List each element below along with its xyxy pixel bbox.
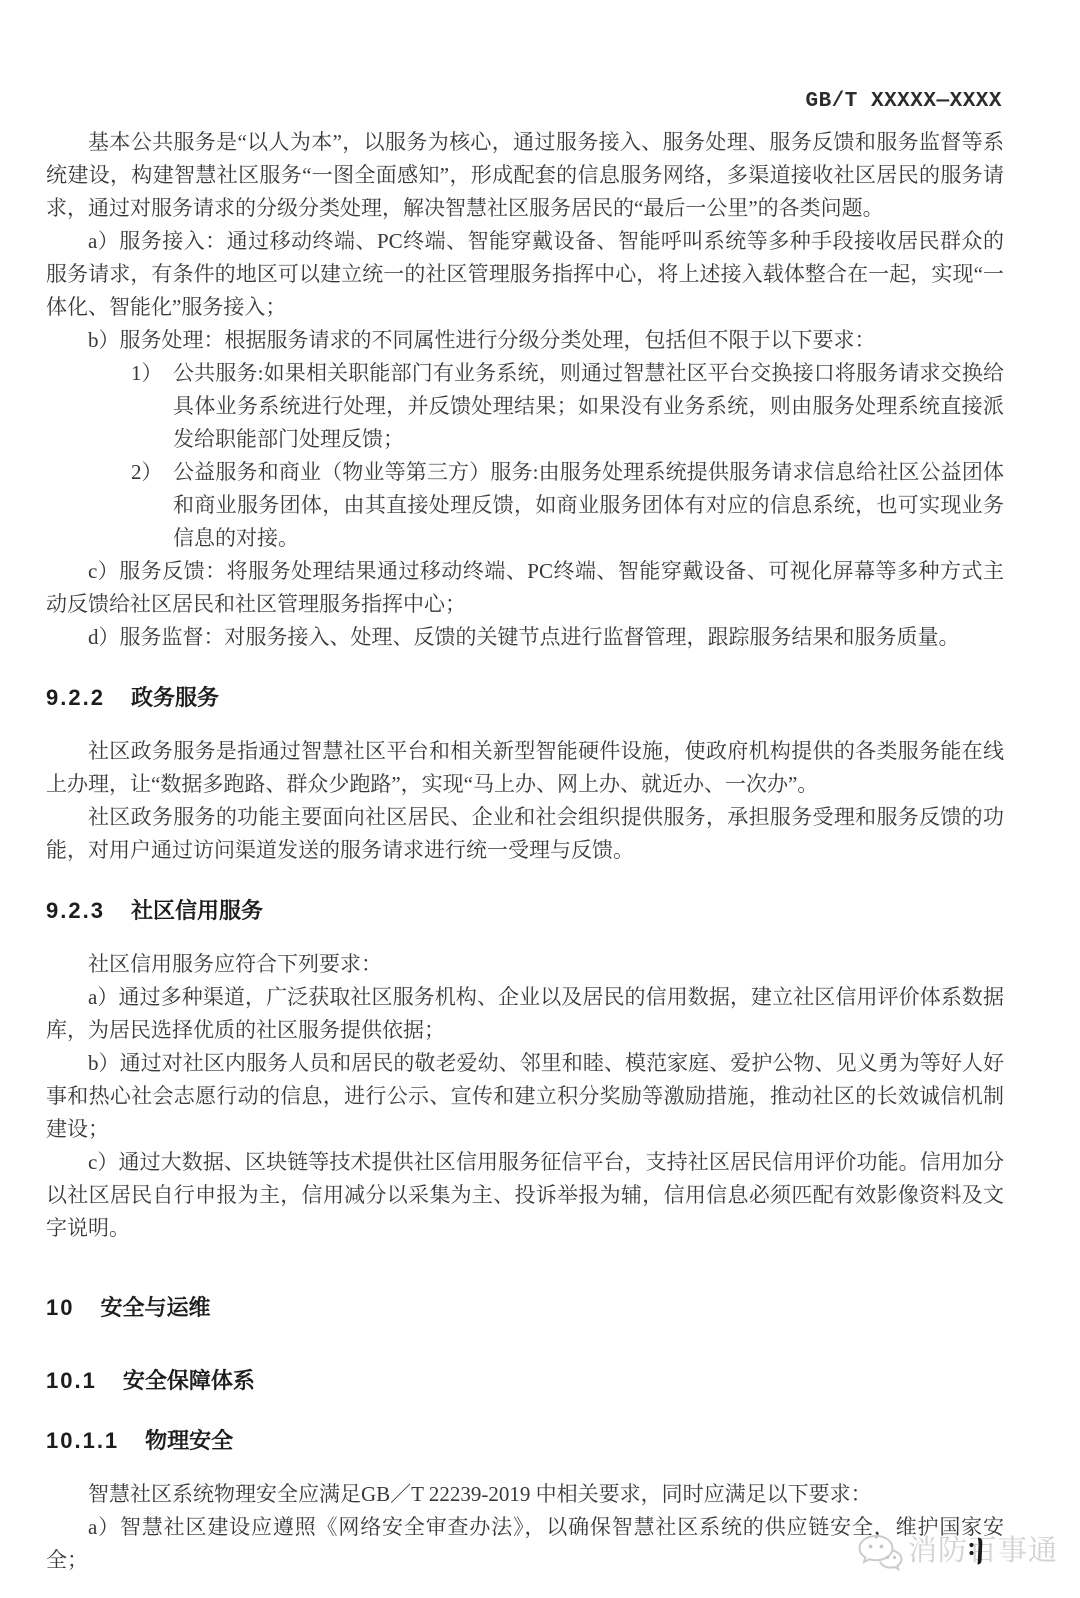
paragraph: c）服务反馈：将服务处理结果通过移动终端、PC终端、智能穿戴设备、可视化屏幕等多… <box>46 555 1004 621</box>
heading-number: 10.1 <box>46 1368 97 1393</box>
heading-number: 10 <box>46 1295 74 1320</box>
list-item-text: 公益服务和商业（物业等第三方）服务:由服务处理系统提供服务请求信息给社区公益团体… <box>173 456 1004 555</box>
paragraph: 社区政务服务的功能主要面向社区居民、企业和社会组织提供服务，承担服务受理和服务反… <box>46 801 1004 867</box>
paragraph: 社区信用服务应符合下列要求： <box>46 948 1004 981</box>
paragraph: a）通过多种渠道，广泛获取社区服务机构、企业以及居民的信用数据，建立社区信用评价… <box>46 981 1004 1047</box>
heading-title: 安全保障体系 <box>123 1368 255 1393</box>
heading-title: 安全与运维 <box>100 1295 210 1320</box>
numbered-list-item: 1）公共服务:如果相关职能部门有业务系统，则通过智慧社区平台交换接口将服务请求交… <box>131 357 1004 456</box>
heading-title: 政务服务 <box>131 685 219 710</box>
section-heading: 9.2.3社区信用服务 <box>46 894 1004 927</box>
section-heading: 10.1.1物理安全 <box>46 1424 1004 1457</box>
watermark: 消防百事通 <box>856 1530 1066 1576</box>
list-marker: 1） <box>131 357 173 456</box>
paragraph: 社区政务服务是指通过智慧社区平台和相关新型智能硬件设施，使政府机构提供的各类服务… <box>46 735 1004 801</box>
section-heading: 9.2.2政务服务 <box>46 681 1004 714</box>
section-heading: 10安全与运维 <box>46 1291 1004 1324</box>
paragraph: b）服务处理：根据服务请求的不同属性进行分级分类处理，包括但不限于以下要求： <box>46 324 1004 357</box>
document-page: GB/T XXXXX—XXXX 基本公共服务是“以人为本”，以服务为核心，通过服… <box>0 0 1080 1598</box>
paragraph: c）通过大数据、区块链等技术提供社区信用服务征信平台，支持社区居民信用评价功能。… <box>46 1146 1004 1245</box>
ink-mark <box>968 1536 986 1566</box>
document-body: 基本公共服务是“以人为本”，以服务为核心，通过服务接入、服务处理、服务反馈和服务… <box>46 126 1004 1577</box>
standard-number-header: GB/T XXXXX—XXXX <box>805 90 1002 113</box>
paragraph: b）通过对社区内服务人员和居民的敬老爱幼、邻里和睦、模范家庭、爱护公物、见义勇为… <box>46 1047 1004 1146</box>
heading-title: 物理安全 <box>145 1428 233 1453</box>
list-marker: 2） <box>131 456 173 555</box>
paragraph: 智慧社区系统物理安全应满足GB／T 22239-2019 中相关要求，同时应满足… <box>46 1478 1004 1511</box>
section-heading: 10.1安全保障体系 <box>46 1364 1004 1397</box>
heading-number: 10.1.1 <box>46 1428 119 1453</box>
heading-number: 9.2.3 <box>46 898 105 923</box>
heading-number: 9.2.2 <box>46 685 105 710</box>
paragraph: d）服务监督：对服务接入、处理、反馈的关键节点进行监督管理，跟踪服务结果和服务质… <box>46 621 1004 654</box>
paragraph: a）服务接入：通过移动终端、PC终端、智能穿戴设备、智能呼叫系统等多种手段接收居… <box>46 225 1004 324</box>
wechat-icon <box>856 1532 904 1572</box>
paragraph: 基本公共服务是“以人为本”，以服务为核心，通过服务接入、服务处理、服务反馈和服务… <box>46 126 1004 225</box>
numbered-list-item: 2）公益服务和商业（物业等第三方）服务:由服务处理系统提供服务请求信息给社区公益… <box>131 456 1004 555</box>
heading-title: 社区信用服务 <box>131 898 263 923</box>
list-item-text: 公共服务:如果相关职能部门有业务系统，则通过智慧社区平台交换接口将服务请求交换给… <box>173 357 1004 456</box>
